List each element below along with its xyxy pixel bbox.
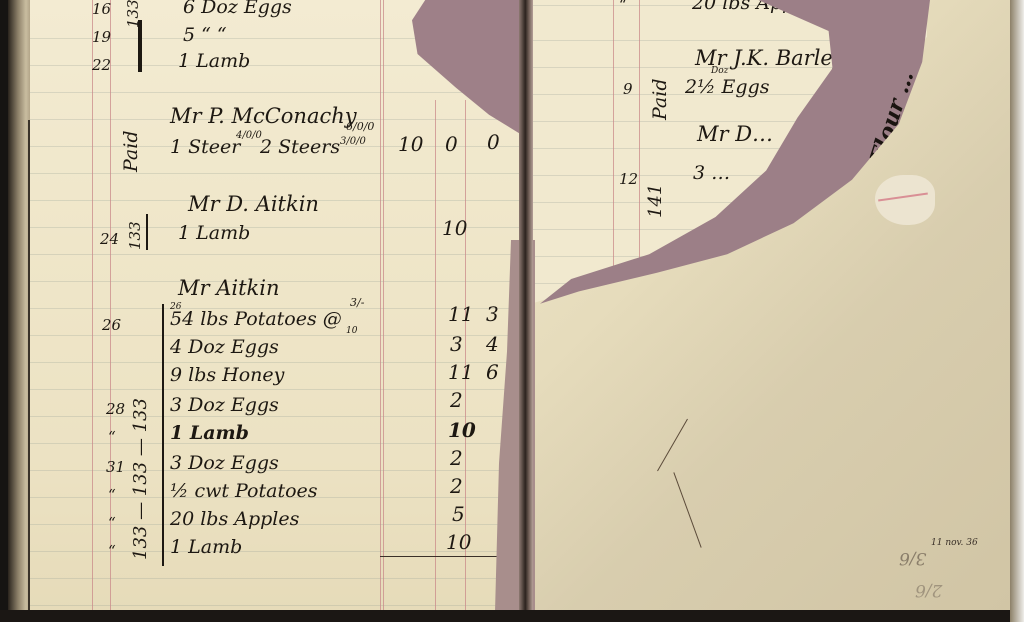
- entry-day: 16: [92, 0, 111, 18]
- entry-description: 1 Steer: [170, 136, 240, 158]
- amount-pounds: 10: [398, 132, 423, 156]
- unit-note: Doz: [711, 66, 728, 76]
- entry-day: 12: [619, 170, 638, 188]
- amount-shillings: 2: [450, 388, 463, 412]
- entry-description: 4 Doz Eggs: [170, 336, 279, 358]
- amount-note: 6/0/0: [346, 120, 374, 133]
- rate-note: 10: [346, 326, 357, 336]
- entry-description: 2½ Eggs: [685, 76, 770, 98]
- entry-day: 26: [102, 316, 121, 334]
- pencil-note: 2/6: [915, 580, 942, 600]
- folio-number: 133: [126, 221, 144, 250]
- bracket: [146, 214, 148, 250]
- amount-pence: 3: [486, 302, 499, 326]
- paid-note: Paid: [120, 131, 142, 173]
- pencil-note: 3/6: [899, 548, 926, 568]
- entry-description: 5 “ “: [183, 24, 227, 46]
- margin-rule: [92, 0, 93, 612]
- entry-description: ½ cwt Potatoes: [170, 480, 318, 502]
- entry-description: 1 Lamb: [170, 536, 242, 558]
- amount-shillings: 11: [448, 302, 473, 326]
- entry-day: “: [108, 428, 116, 446]
- amount-shillings: 2: [450, 474, 463, 498]
- amount-shillings: 3: [450, 332, 463, 356]
- account-name: Mr Aitkin: [178, 276, 280, 300]
- account-name: Mr D. Aitkin: [188, 192, 319, 216]
- entry-description: 54 lbs Potatoes @: [170, 308, 342, 330]
- entry-description: 20 lbs Apples: [170, 508, 299, 530]
- paper-crack: [673, 472, 701, 548]
- pencil-note: 11 nov. 36: [931, 538, 978, 548]
- entry-day: “: [619, 0, 627, 14]
- entry-day: 31: [106, 458, 125, 476]
- entry-day: 9: [623, 80, 633, 98]
- book-spine: [519, 0, 533, 612]
- amount-shillings: 10: [446, 530, 471, 554]
- bracket: [162, 304, 164, 566]
- amount-pence: 6: [486, 360, 499, 384]
- total-rule: [380, 556, 500, 557]
- entry-description: 1 Lamb: [170, 422, 249, 444]
- entry-description: 3 Doz Eggs: [170, 394, 279, 416]
- amount-shillings: 2: [450, 446, 463, 470]
- entry-description: 1 Lamb: [178, 50, 250, 72]
- cash-column-rule: [380, 0, 381, 612]
- folio-number: 133 — 133 — 133: [130, 398, 151, 560]
- rate-note: 3/-: [350, 296, 364, 309]
- amount-pence: 0: [487, 130, 500, 154]
- entry-description: 9 lbs Honey: [170, 364, 284, 386]
- price-note: 4/0/0: [236, 130, 262, 141]
- amount-shillings: 10: [448, 418, 476, 442]
- amount-shillings: 5: [452, 502, 465, 526]
- entry-day: 19: [92, 28, 111, 46]
- entry-day: 24: [100, 230, 119, 248]
- right-page: “ 20 lbs Apples Mr J.K. Barley Paid 9 Do…: [527, 0, 1010, 612]
- bracket: [138, 20, 142, 72]
- entry-day: 22: [92, 56, 111, 74]
- folio-number: 141: [645, 184, 666, 218]
- entry-description: 3 …: [693, 162, 730, 184]
- entry-description: 6 Doz Eggs: [183, 0, 292, 18]
- margin-rule: [613, 0, 614, 305]
- paper-crack: [657, 419, 688, 471]
- shillings-rule: [435, 100, 436, 612]
- amount-shillings: 11: [448, 360, 473, 384]
- entry-description: 3 Doz Eggs: [170, 452, 279, 474]
- amount-shillings: 0: [445, 132, 458, 156]
- ledger-photo: 16 6 Doz Eggs 19 5 “ “ 22 1 Lamb 133 Pai…: [0, 0, 1024, 622]
- entry-description: 2 Steers: [260, 136, 340, 158]
- entry-day: “: [108, 486, 116, 504]
- entry-day: “: [108, 542, 116, 560]
- left-page: 16 6 Doz Eggs 19 5 “ “ 22 1 Lamb 133 Pai…: [30, 0, 525, 612]
- entry-day: 28: [106, 400, 125, 418]
- amount-pence: 4: [486, 332, 499, 356]
- entry-description: 1 Lamb: [178, 222, 250, 244]
- paid-note: Paid: [649, 79, 671, 121]
- entry-day: “: [108, 514, 116, 532]
- account-name: Mr P. McConachy: [170, 104, 357, 128]
- amount-shillings: 10: [442, 216, 467, 240]
- price-note: 3/0/0: [340, 136, 366, 147]
- account-name: Mr D…: [697, 122, 773, 146]
